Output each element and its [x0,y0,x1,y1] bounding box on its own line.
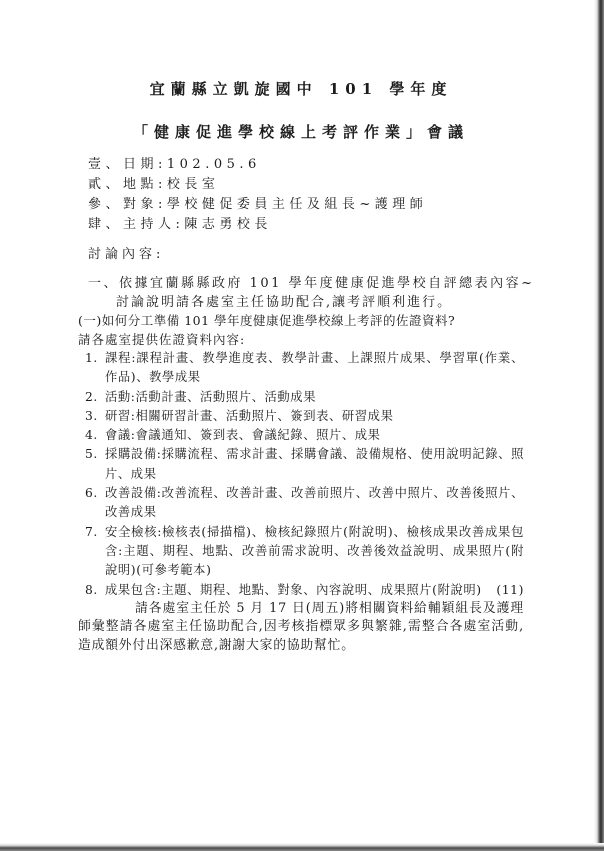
discussion-subquestion: (一)如何分工準備 101 學年度健康促進學校線上考評的佐證資料? [78,312,524,331]
evidence-item-text: 安全檢核:檢核表(掃描檔)、檢核紀錄照片(附說明)、檢核成果改善成果包含:主題、… [105,523,524,581]
evidence-item-text: 會議:會議通知、簽到表、會議紀錄、照片、成果 [105,426,524,445]
meta-chair: 肆、主持人:陳志勇校長 [88,215,524,235]
evidence-item: 4. 會議:會議通知、簽到表、會議紀錄、照片、成果 [78,426,524,445]
evidence-item: 8. 成果包含:主題、期程、地點、對象、內容說明、成果照片(附說明) (11) [78,581,524,600]
evidence-item-number: 5. [78,445,105,484]
evidence-item: 6. 改善設備:改善流程、改善計畫、改善前照片、改善中照片、改善後照片、改善成果 [78,484,524,523]
evidence-item-text: 成果包含:主題、期程、地點、對象、內容說明、成果照片(附說明) [105,581,491,600]
evidence-item-number: 2. [78,388,105,407]
meta-date: 壹、日期:102.05.6 [88,155,524,175]
evidence-item-number: 4. [78,426,105,445]
discussion-point-1-continued: 討論說明請各處室主任協助配合,讓考評順利進行。 [116,293,524,312]
evidence-item-text: 課程:課程計畫、教學進度表、教學計畫、上課照片成果、學習單(作業、作品)、教學成… [105,349,524,388]
page-edge-shadow-right [594,0,604,851]
meeting-meta: 壹、日期:102.05.6 貳、地點:校長室 參、對象:學校健促委員主任及組長~… [78,155,524,235]
document-content: 宜蘭縣立凱旋國中 101 學年度 「健康促進學校線上考評作業」會議 壹、日期:1… [78,78,524,656]
title-meeting: 「健康促進學校線上考評作業」會議 [78,121,524,142]
discussion-point-1: 一、依據宜蘭縣縣政府 101 學年度健康促進學校自評總表內容~ [88,274,524,293]
closing-paragraph: 請各處室主任於 5 月 17 日(周五)將相關資料給輔穎組長及護理師彙整請各處室… [78,600,524,656]
evidence-item-number: 3. [78,407,105,426]
evidence-item-number: 7. [78,523,105,581]
evidence-list: 1. 課程:課程計畫、教學進度表、教學計畫、上課照片成果、學習單(作業、作品)、… [78,349,524,600]
evidence-item-text: 改善設備:改善流程、改善計畫、改善前照片、改善中照片、改善後照片、改善成果 [105,484,524,523]
evidence-intro: 請各處室提供佐證資料內容: [78,331,524,350]
document-page: 宜蘭縣立凱旋國中 101 學年度 「健康促進學校線上考評作業」會議 壹、日期:1… [0,0,604,851]
title-school-year: 宜蘭縣立凱旋國中 101 學年度 [78,78,524,99]
evidence-item-number: 8. [78,581,105,600]
page-edge-shadow-bottom [0,843,604,851]
evidence-item-number: 6. [78,484,105,523]
evidence-item: 2. 活動:活動計畫、活動照片、活動成果 [78,388,524,407]
evidence-item-text: 研習:相關研習計畫、活動照片、簽到表、研習成果 [105,407,524,426]
evidence-item: 3. 研習:相關研習計畫、活動照片、簽到表、研習成果 [78,407,524,426]
evidence-item-number: 1. [78,349,105,388]
page-number-marker: (11) [491,581,524,600]
evidence-item: 5. 採購設備:採購流程、需求計畫、採購會議、設備規格、使用說明記錄、照片、成果 [78,445,524,484]
meta-attendees: 參、對象:學校健促委員主任及組長~護理師 [88,195,524,215]
meta-location: 貳、地點:校長室 [88,175,524,195]
evidence-item: 1. 課程:課程計畫、教學進度表、教學計畫、上課照片成果、學習單(作業、作品)、… [78,349,524,388]
evidence-item-text: 活動:活動計畫、活動照片、活動成果 [105,388,524,407]
evidence-item-text: 採購設備:採購流程、需求計畫、採購會議、設備規格、使用說明記錄、照片、成果 [105,445,524,484]
evidence-item: 7. 安全檢核:檢核表(掃描檔)、檢核紀錄照片(附說明)、檢核成果改善成果包含:… [78,523,524,581]
discussion-heading: 討論內容: [88,245,524,265]
